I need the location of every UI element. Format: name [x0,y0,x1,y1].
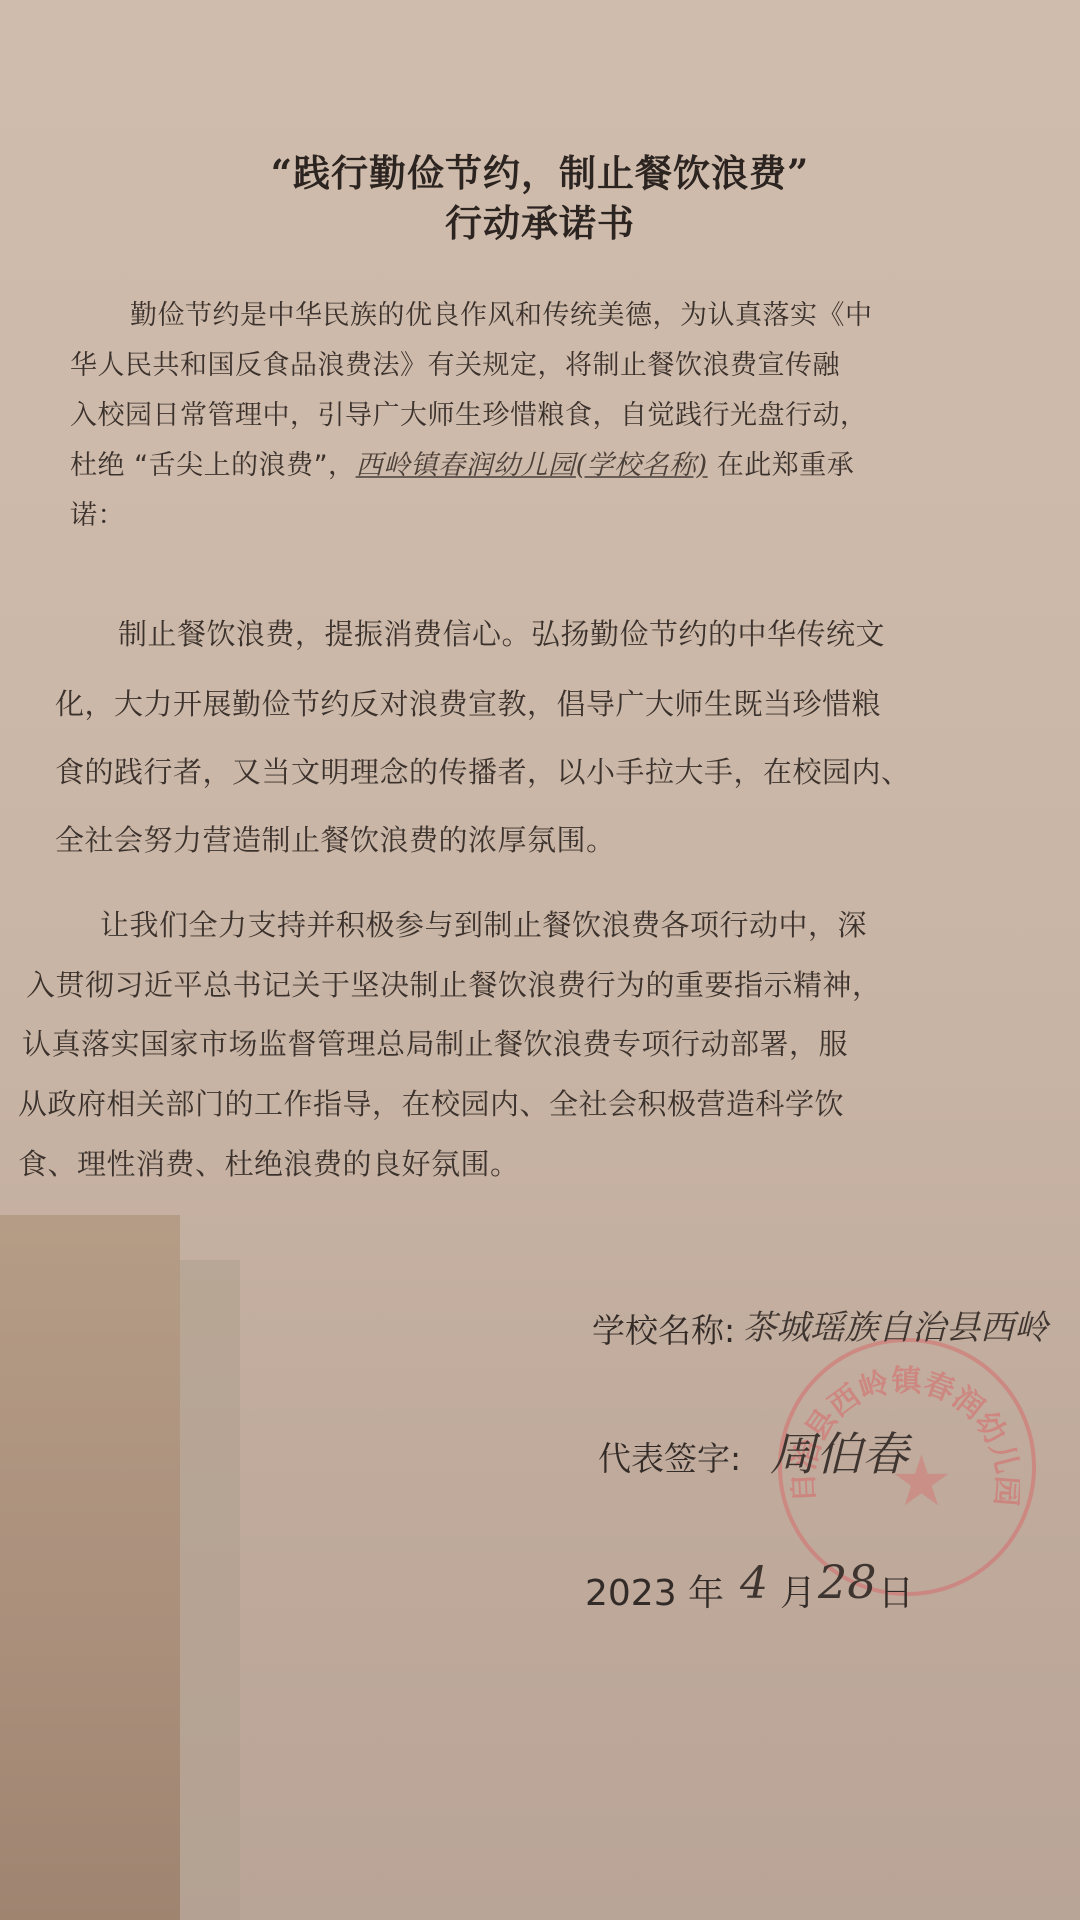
school-name-label: 学校名称: [592,1305,735,1352]
intro-line-4: 杜绝 “舌尖上的浪费”，西岭镇春润幼儿园(学校名称) 在此郑重承 [70,443,854,482]
para2-line-3: 食的践行者，又当文明理念的传播者，以小手拉大手，在校园内、 [55,750,911,791]
para3-line-4: 从政府相关部门的工作指导，在校园内、全社会积极营造科学饮 [18,1082,844,1123]
para3-line-3: 认真落实国家市场监督管理总局制止餐饮浪费专项行动部署，服 [22,1022,848,1063]
document-title: “践行勤俭节约，制止餐饮浪费” [0,143,1080,197]
intro-line-4-suffix: 在此郑重承 [708,450,855,481]
intro-line-2: 华人民共和国反食品浪费法》有关规定，将制止餐饮浪费宣传融 [70,343,840,382]
school-name-fill-label: (学校名称) [576,450,708,481]
school-name-value: 茶城瑶族自治县西岭 [742,1300,1048,1349]
school-name-handwritten: 西岭镇春润幼儿园 [356,450,576,481]
para2-line-1: 制止餐饮浪费，提振消费信心。弘扬勤俭节约的中华传统文 [118,612,885,653]
date-year: 2023 年 [585,1565,724,1616]
intro-line-3: 入校园日常管理中，引导广大师生珍惜粮食，自觉践行光盘行动， [70,393,868,432]
date-month-value: 4 [740,1558,768,1609]
intro-line-1: 勤俭节约是中华民族的优良作风和传统美德，为认真落实《中 [130,293,873,332]
representative-signature: 周伯春 [770,1418,908,1484]
representative-label: 代表签字: [598,1433,741,1480]
para3-line-1: 让我们全力支持并积极参与到制止餐饮浪费各项行动中，深 [100,903,867,944]
para3-line-5: 食、理性消费、杜绝浪费的良好氛围。 [18,1142,520,1183]
photo-shadow [0,1215,180,1920]
para2-line-4: 全社会努力营造制止餐饮浪费的浓厚氛围。 [55,818,616,859]
document-subtitle: 行动承诺书 [0,193,1080,247]
para2-line-2: 化，大力开展勤俭节约反对浪费宣教，倡导广大师生既当珍惜粮 [55,682,881,723]
date-day-label: 日 [878,1565,914,1616]
date-day-value: 28 [818,1555,877,1609]
photo-shadow-edge [180,1260,240,1920]
para3-line-2: 入贯彻习近平总书记关于坚决制止餐饮浪费行为的重要指示精神， [26,963,882,1004]
intro-line-4-prefix: 杜绝 “舌尖上的浪费”， [70,450,356,481]
date-month-label: 月 [780,1565,816,1616]
intro-line-5: 诺： [70,493,125,532]
